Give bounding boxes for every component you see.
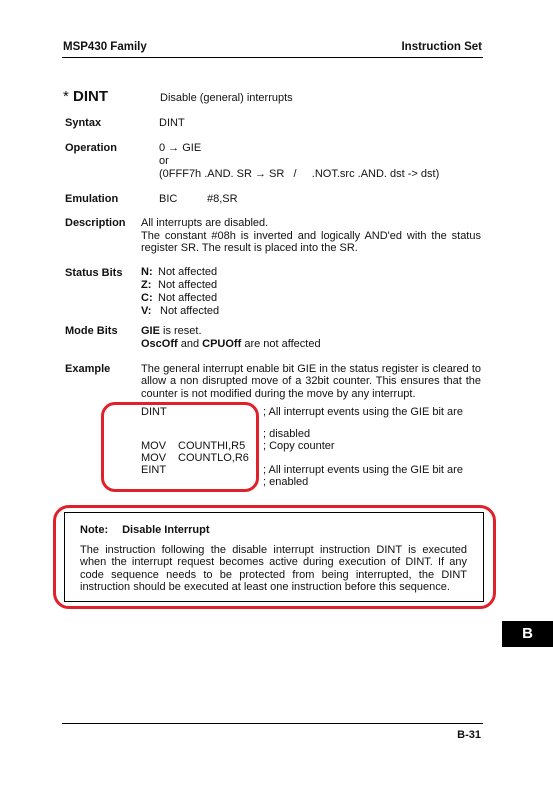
example-label: Example: [65, 363, 110, 375]
mode-bits-label: Mode Bits: [65, 325, 118, 337]
code-comment-1: ; All interrupt events using the GIE bit…: [263, 406, 463, 418]
annotation-highlight-note: [53, 505, 496, 609]
emulation-op: BIC: [159, 193, 177, 205]
instruction-title: * DINT: [63, 88, 108, 105]
syntax-value: DINT: [159, 117, 185, 129]
code-comment-2: ; disabled: [263, 428, 310, 440]
emulation-operand: #8,SR: [207, 193, 238, 205]
description-label: Description: [65, 217, 126, 229]
code-comment-4: ; All interrupt events using the GIE bit…: [263, 464, 463, 476]
footer-rule: [62, 723, 483, 724]
mode-bits-line-2: OscOff and CPUOff are not affected: [141, 338, 321, 350]
header-family: MSP430 Family: [63, 41, 147, 53]
code-comment-3: ; Copy counter: [263, 440, 335, 452]
emulation-label: Emulation: [65, 193, 118, 205]
status-bit-n: N:Not affected: [141, 266, 217, 279]
instruction-mnemonic: DINT: [73, 88, 108, 105]
operation-line-1: 0 → GIE: [159, 142, 201, 154]
page-number: B-31: [457, 729, 481, 741]
status-bit-z: Z:Not affected: [141, 279, 217, 292]
star-marker: *: [63, 88, 69, 105]
syntax-label: Syntax: [65, 117, 101, 129]
operation-label: Operation: [65, 142, 117, 154]
header-section: Instruction Set: [401, 41, 482, 53]
status-bits-label: Status Bits: [65, 267, 122, 279]
description-paragraph: The constant #08h is inverted and logica…: [141, 230, 481, 255]
example-paragraph: The general interrupt enable bit GIE in …: [141, 363, 481, 400]
status-bit-v: V:Not affected: [141, 305, 219, 318]
status-bit-c: C:Not affected: [141, 292, 217, 305]
header-rule: [62, 57, 483, 58]
appendix-tab: B: [502, 621, 553, 647]
description-line-1: All interrupts are disabled.: [141, 217, 268, 229]
instruction-description: Disable (general) interrupts: [160, 92, 293, 104]
operation-line-3: (0FFF7h .AND. SR → SR / .NOT.src .AND. d…: [159, 168, 439, 180]
operation-line-2: or: [159, 155, 169, 167]
annotation-highlight-code: [101, 402, 259, 492]
mode-bits-line-1: GIE is reset.: [141, 325, 202, 337]
code-comment-5: ; enabled: [263, 476, 308, 488]
